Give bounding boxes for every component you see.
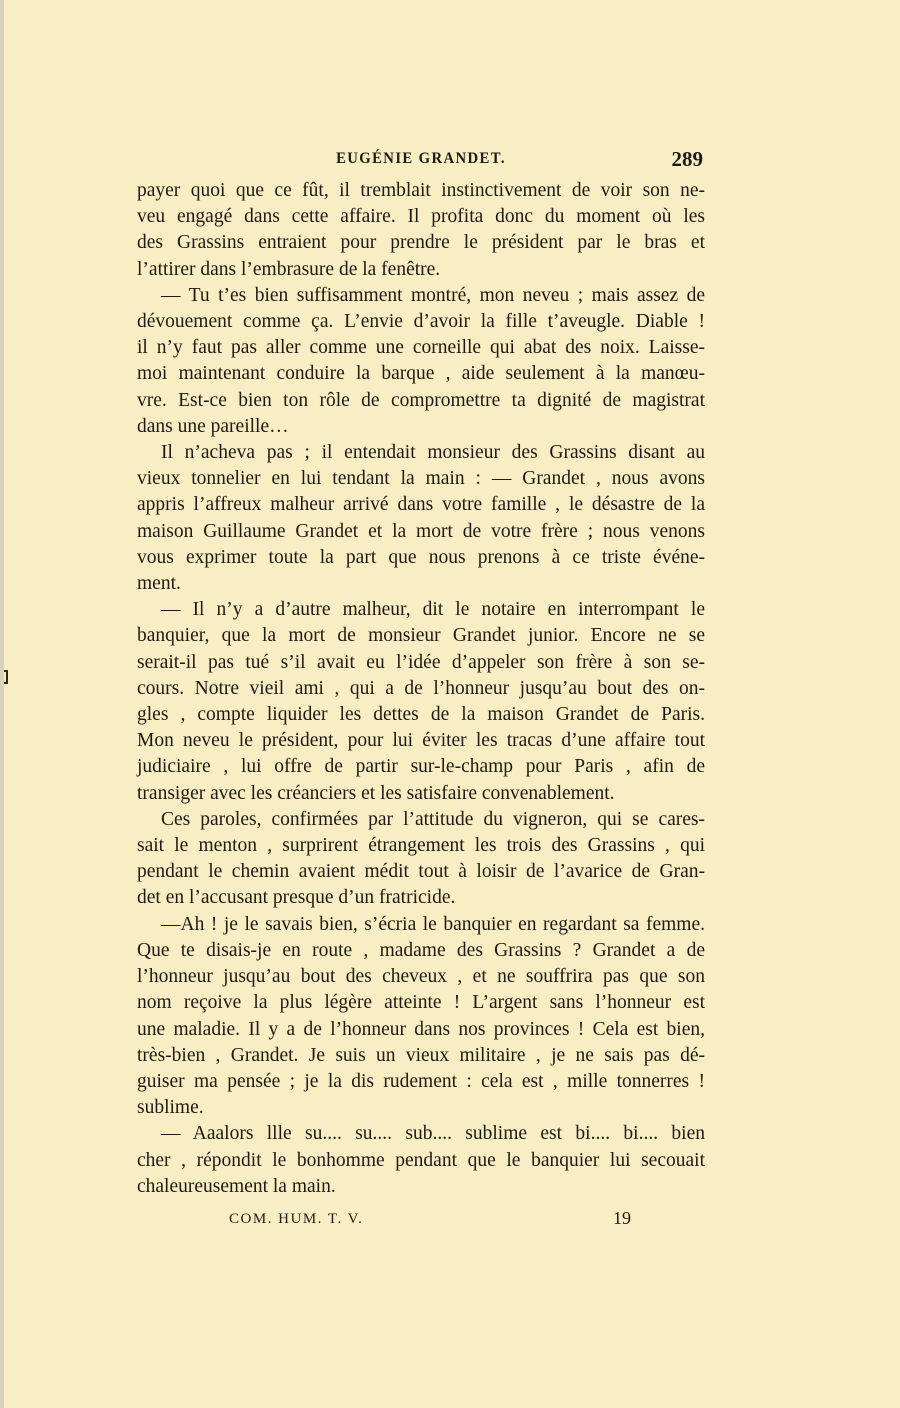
text-line: gles , compte liquider les dettes de la … bbox=[137, 702, 705, 728]
text-line: sublime. bbox=[137, 1095, 705, 1121]
text-line: ment. bbox=[137, 571, 705, 597]
text-line: — Tu t’es bien suffisamment montré, mon … bbox=[137, 283, 705, 309]
book-page: EUGÉNIE GRANDET. 289 payer quoi que ce f… bbox=[0, 0, 900, 1408]
text-line: banquier, que la mort de monsieur Grande… bbox=[137, 623, 705, 649]
text-line: vous exprimer toute la part que nous pre… bbox=[137, 545, 705, 571]
text-line: l’attirer dans l’embrasure de la fenêtre… bbox=[137, 257, 705, 283]
page-header: EUGÉNIE GRANDET. 289 bbox=[137, 147, 705, 171]
paragraph: — Aaalors llle su.... su.... sub.... sub… bbox=[137, 1121, 705, 1200]
text-line: dans une pareille… bbox=[137, 414, 705, 440]
text-line: il n’y faut pas aller comme une corneill… bbox=[137, 335, 705, 361]
bracket-mark bbox=[4, 670, 8, 684]
text-line: l’honneur jusqu’au bout des cheveux , et… bbox=[137, 964, 705, 990]
paragraph: Il n’acheva pas ; il entendait monsieur … bbox=[137, 440, 705, 597]
signature-number: 19 bbox=[613, 1208, 631, 1229]
page-number: 289 bbox=[672, 147, 704, 172]
text-line: det en l’accusant presque d’un fratricid… bbox=[137, 885, 705, 911]
text-line: très-bien , Grandet. Je suis un vieux mi… bbox=[137, 1043, 705, 1069]
text-line: moi maintenant conduire la barque , aide… bbox=[137, 361, 705, 387]
text-line: — Il n’y a d’autre malheur, dit le notai… bbox=[137, 597, 705, 623]
text-line: nom reçoive la plus légère atteinte ! L’… bbox=[137, 990, 705, 1016]
text-line: payer quoi que ce fût, il tremblait inst… bbox=[137, 178, 705, 204]
text-line: pendant le chemin avaient médit tout à l… bbox=[137, 859, 705, 885]
text-line: — Aaalors llle su.... su.... sub.... sub… bbox=[137, 1121, 705, 1147]
text-line: Ces paroles, confirmées par l’attitude d… bbox=[137, 807, 705, 833]
text-line: Mon neveu le président, pour lui éviter … bbox=[137, 728, 705, 754]
text-line: une maladie. Il y a de l’honneur dans no… bbox=[137, 1017, 705, 1043]
text-line: sait le menton , surprirent étrangement … bbox=[137, 833, 705, 859]
text-line: guiser ma pensée ; je la dis rudement : … bbox=[137, 1069, 705, 1095]
text-line: transiger avec les créanciers et les sat… bbox=[137, 781, 705, 807]
running-title: EUGÉNIE GRANDET. bbox=[160, 150, 683, 168]
text-line: Que te disais-je en route , madame des G… bbox=[137, 938, 705, 964]
text-line: —Ah ! je le savais bien, s’écria le banq… bbox=[137, 912, 705, 938]
text-line: maison Guillaume Grandet et la mort de v… bbox=[137, 519, 705, 545]
paragraph: — Tu t’es bien suffisamment montré, mon … bbox=[137, 283, 705, 440]
text-line: serait-il pas tué s’il avait eu l’idée d… bbox=[137, 650, 705, 676]
paragraph: — Il n’y a d’autre malheur, dit le notai… bbox=[137, 597, 705, 807]
page-binding-edge bbox=[0, 0, 4, 1408]
text-line: Il n’acheva pas ; il entendait monsieur … bbox=[137, 440, 705, 466]
text-line: vieux tonnelier en lui tendant la main :… bbox=[137, 466, 705, 492]
text-line: des Grassins entraient pour prendre le p… bbox=[137, 230, 705, 256]
text-line: veu engagé dans cette affaire. Il profit… bbox=[137, 204, 705, 230]
text-line: chaleureusement la main. bbox=[137, 1174, 705, 1200]
text-line: cher , répondit le bonhomme pendant que … bbox=[137, 1148, 705, 1174]
paragraph: Ces paroles, confirmées par l’attitude d… bbox=[137, 807, 705, 912]
text-line: dévouement comme ça. L’envie d’avoir la … bbox=[137, 309, 705, 335]
paragraph: —Ah ! je le savais bien, s’écria le banq… bbox=[137, 912, 705, 1122]
text-line: judiciaire , lui offre de partir sur-le-… bbox=[137, 754, 705, 780]
printer-signature: COM. HUM. T. V. bbox=[229, 1211, 363, 1228]
text-line: appris l’affreux malheur arrivé dans vot… bbox=[137, 492, 705, 518]
paragraph: payer quoi que ce fût, il tremblait inst… bbox=[137, 178, 705, 283]
page-footer: COM. HUM. T. V. 19 bbox=[137, 1208, 705, 1232]
text-line: vre. Est-ce bien ton rôle de compromettr… bbox=[137, 388, 705, 414]
body-text: payer quoi que ce fût, il tremblait inst… bbox=[137, 178, 705, 1200]
text-line: cours. Notre vieil ami , qui a de l’honn… bbox=[137, 676, 705, 702]
